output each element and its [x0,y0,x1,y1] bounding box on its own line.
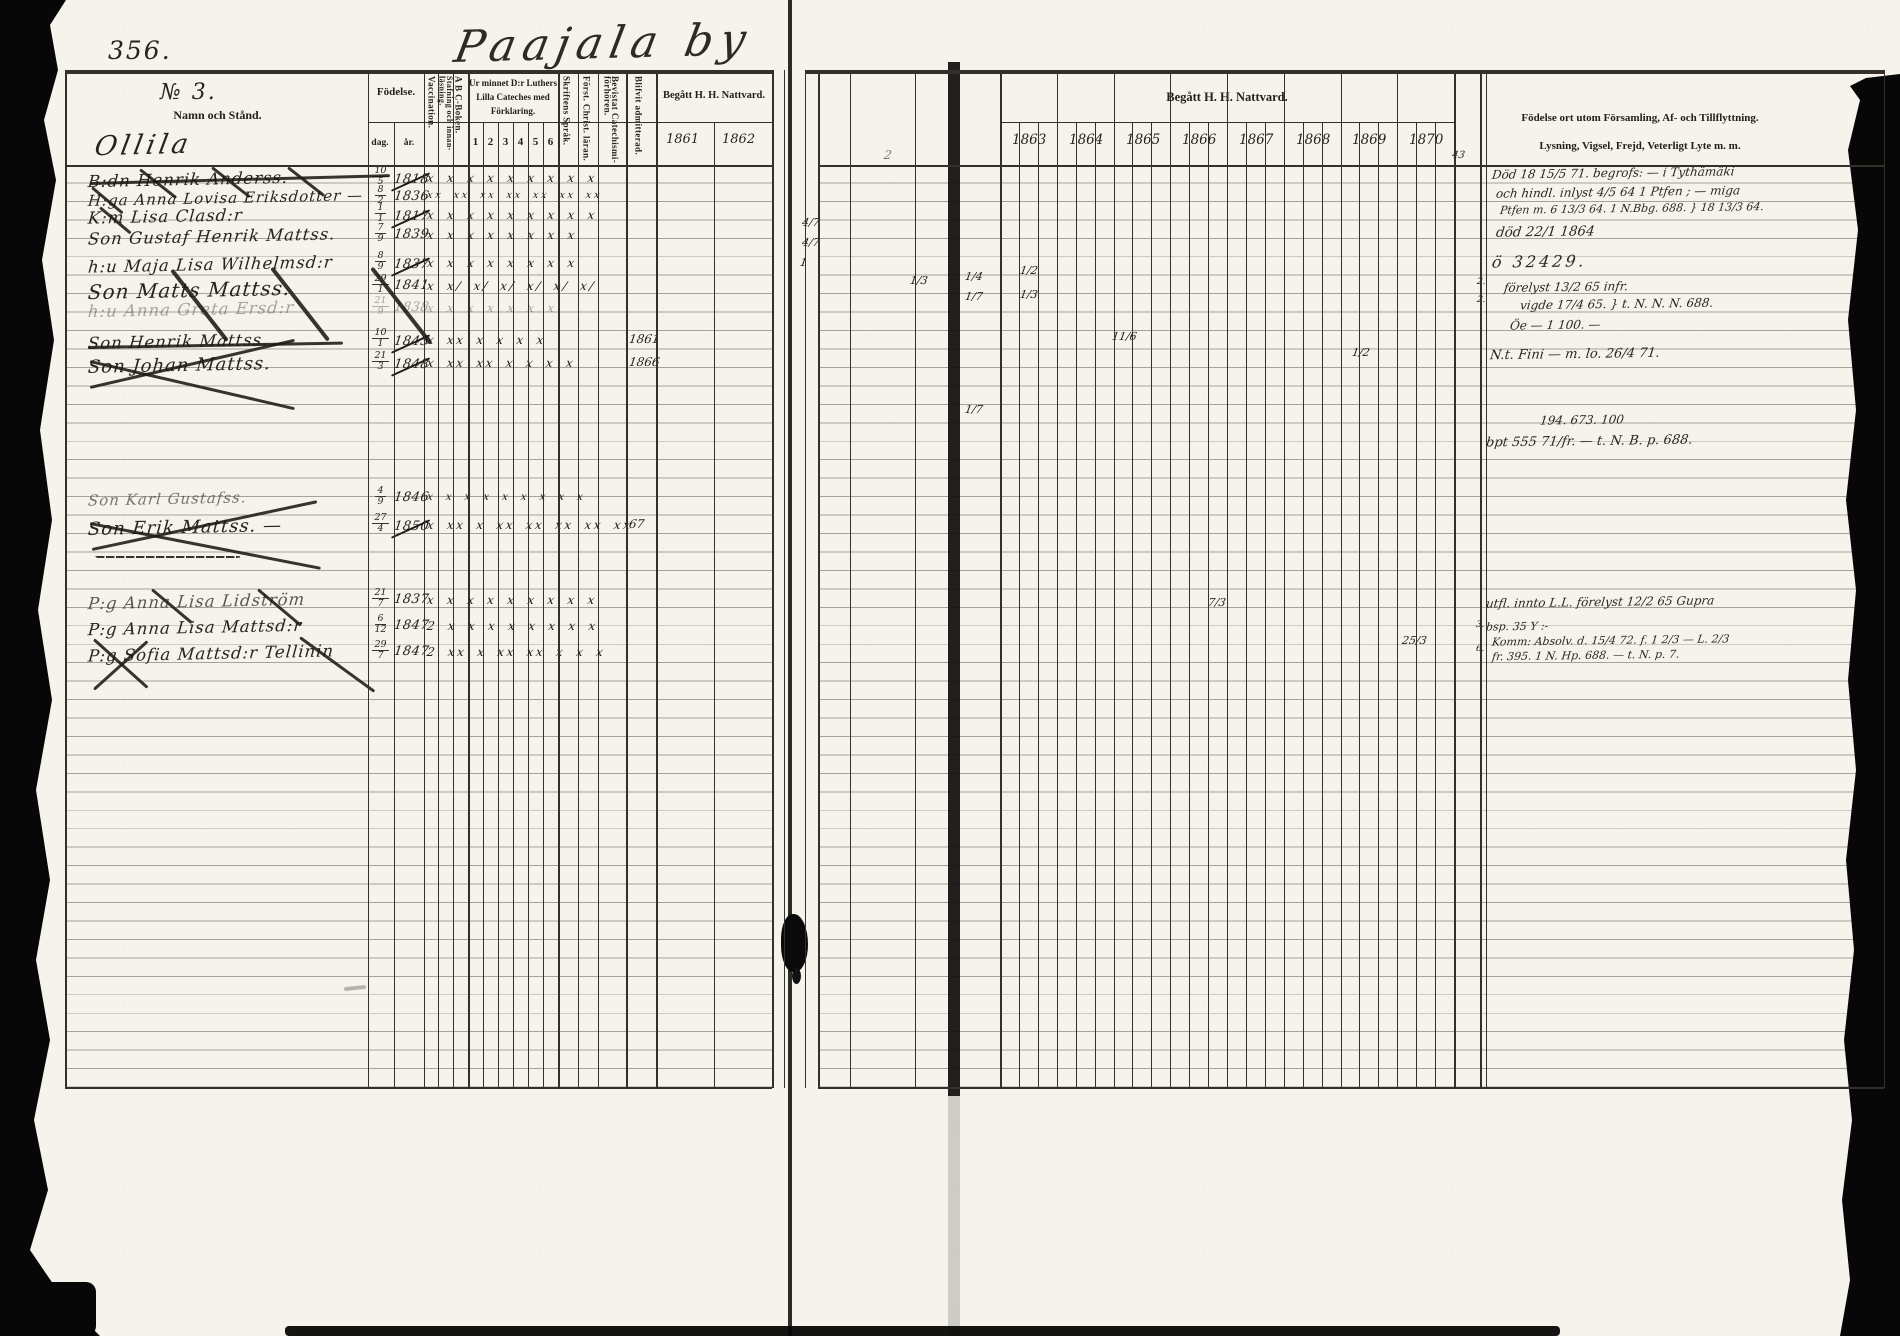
table-column-line [915,70,916,1088]
table-column-line [1454,70,1456,1088]
communion-mark: 1/7 [964,290,984,303]
folio-number: 356. [108,36,172,65]
table-border-line [65,1087,772,1089]
ink-blot [781,914,808,972]
year-1866: 1866 [1182,132,1216,148]
table-column-line [368,70,369,1088]
cat-col-2: 2 [483,136,498,148]
table-column-line [850,70,851,1088]
table-column-line [438,70,439,1088]
table-column-line [424,70,425,1088]
annotation-note: vigde 17/4 65. } t. N. N. N. 688. [1519,296,1714,313]
table-column-line [483,122,484,1088]
table-column-line [656,70,658,1088]
entry-marks: x xx x xx xx xx xx xx [426,518,634,532]
entry-name: Son Karl Gustafss. [87,488,247,509]
table-column-line [1227,70,1228,1088]
table-border-line [1000,122,1454,123]
frac-bottom: 1 [377,285,383,295]
annotation-header-line1: Födelse ort utom Församling, Af- och Til… [1490,112,1790,124]
catechism-header-line1: Ur minnet D:r Luthers [463,78,563,88]
communion-mark: 1/2 [1019,264,1039,277]
frac-bottom: 9 [377,234,383,244]
scan-edge-bottom-left [0,1282,96,1336]
table-column-line [1359,122,1360,1088]
table-column-line [558,70,560,1088]
communion-header-left: Begått H. H. Nattvard. [656,90,772,101]
table-column-line [772,70,774,1088]
communion-mark: 1/3 [909,274,929,287]
table-column-line [818,70,820,1088]
farm-name-heading: Ollila [92,129,195,163]
catechism-header-line2: Lilla Cateches med [463,92,563,102]
table-column-line [1019,122,1020,1088]
annotation-note: död 22/1 1864 [1495,223,1595,240]
table-column-line [598,70,599,1088]
frac-bottom: 1 [377,339,383,349]
spelling-reading-header: Stafning och innan-läsning. [438,76,453,164]
entry-marks: x x x x x x x x x [426,171,598,185]
entry-marks: x x x x x x x x x [426,208,598,222]
entry-birth-day: 49 [369,486,392,507]
cat-col-1: 1 [468,136,483,148]
annotation-note: N.t. Fini — m. lo. 26/4 71. [1489,346,1660,363]
strike-mark [95,556,240,558]
communion-mark: 25/3 [1401,634,1428,647]
annotation-note: Öe — 1 100. — [1509,317,1601,332]
entry-marks: x x x x x x x [426,301,558,315]
frac-bottom: 9 [377,307,383,317]
communion-mark: 1/3 [1019,288,1039,301]
annotation-header-line2: Lysning, Vigsel, Frejd, Veterligt Lyte m… [1505,140,1775,152]
scan-edge-bottom [285,1326,1560,1336]
table-column-line [1884,70,1885,1088]
table-column-line [394,122,395,1088]
table-column-line [1208,122,1209,1088]
entry-name: h:u Anna Greta Ersd:r [87,298,295,321]
table-column-line [1076,122,1077,1088]
frac-bottom: 7 [377,651,383,661]
entry-birth-day: 219 [369,296,392,317]
entry-birth-day: 612 [369,614,392,635]
table-column-line [1265,122,1266,1088]
name-column-header: Namn och Stånd. [110,108,325,123]
cat-col-4: 4 [513,136,528,148]
table-column-line [1416,122,1417,1088]
table-column-line [1435,122,1436,1088]
communion-mark: 7/3 [1207,596,1227,609]
communion-mark: 1/7 [964,403,984,416]
table-column-line [784,70,785,1088]
entry-marks: x x x x x x x x x [426,491,587,503]
annotation-note: bpt 555 71/fr. — t. N. B. p. 688. [1485,433,1693,451]
table-column-line [714,122,715,1088]
annotation-note: bsp. 35 Y :- [1485,620,1549,634]
binding-shadow-faint [948,1096,960,1336]
entry-marks: x x x x x x x x [426,256,578,270]
table-column-line [1000,70,1002,1088]
communion-mark: 1/4 [964,270,984,283]
table-column-line [1132,122,1133,1088]
binding-shadow [948,62,960,1096]
catechism-meetings-header: Bevistat Catechismi-förhören. [603,76,618,164]
table-border-line [65,165,772,167]
annotation-note: förelyst 13/2 65 infr. [1503,279,1629,295]
table-column-line [1038,122,1039,1088]
birth-year-header: år. [394,138,424,148]
frac-bottom: 9 [377,497,383,507]
communion-year-1861: 1861 [666,132,699,147]
annotation-note: 194. 673. 100 [1539,412,1624,427]
table-column-line [1284,70,1285,1088]
scripture-language-header: Skriftens Språk. [562,76,570,164]
table-column-line [1170,70,1171,1088]
entry-name: Son Henrik Mattss. [87,330,269,353]
communion-mark: 1/2 [1351,346,1371,359]
table-column-line [468,70,470,1088]
ink-blot-drip [792,968,801,984]
table-column-line [1486,70,1487,1088]
table-border-line [805,70,1884,74]
table-border-line [818,165,1884,167]
annotation-note: fr. 395. 1 N. Hp. 688. — t. N. p. 7. [1491,648,1680,664]
table-column-line [1341,70,1342,1088]
year-1863: 1863 [1012,132,1046,148]
table-column-line [1114,70,1115,1088]
entry-birth-day: 101 [369,328,392,349]
page-fold-line [788,0,792,1336]
birth-header: Födelse. [366,86,426,98]
frac-bottom: 7 [377,599,383,609]
table-column-line [1151,122,1152,1088]
table-column-line [1189,122,1190,1088]
table-column-line [65,70,67,1088]
year-1868: 1868 [1296,132,1330,148]
table-border-line [65,70,772,74]
cat-col-6: 6 [543,136,558,148]
year-1870: 1870 [1409,132,1443,148]
entry-admitted-year: 67 [628,517,645,531]
table-border-line [818,1087,1884,1089]
table-column-line [805,70,806,1088]
entry-birth-day: 79 [369,223,392,244]
year-1864: 1864 [1069,132,1103,148]
entry-birth-day: 217 [369,588,392,609]
entry-birth-day: 297 [369,640,392,661]
table-column-line [1095,122,1096,1088]
table-column-line [453,70,454,1088]
table-border-line [368,122,772,123]
entry-birth-day: 274 [369,513,392,534]
year-1869: 1869 [1352,132,1386,148]
frac-bottom: 9 [377,262,383,272]
entry-marks: x xx xx x x x x [426,356,577,370]
entry-marks: x x x x x x x x x [426,593,598,607]
year-1867: 1867 [1239,132,1273,148]
table-column-line [513,122,514,1088]
frac-bottom: 3 [377,362,383,372]
table-column-line [1303,122,1304,1088]
admitted-header: Blifvit admitterad. [634,76,642,164]
table-column-line [1057,70,1058,1088]
table-column-line [1322,122,1323,1088]
table-column-line [1397,70,1398,1088]
table-column-line [543,122,544,1088]
village-title-script: Paajala by [450,14,757,73]
entry-marks: x x x x x x x x [426,228,578,242]
abc-book-header: A B C-Boken. [454,76,462,164]
table-column-line [578,70,579,1088]
table-column-line [1480,70,1482,1088]
scanned-parish-register-page: 356. Paajala by № 3. Namn och Stånd. Föd… [0,0,1900,1336]
birth-day-header: dag. [366,138,394,148]
table-column-line [626,70,628,1088]
entry-birth-day: 213 [369,351,392,372]
cat-col-5: 5 [528,136,543,148]
frac-bottom: 4 [377,524,383,534]
annotation-note: ö 32429. [1491,251,1588,271]
entry-name: h:u Maja Lisa Wilhelmsd:r [87,252,333,276]
table-column-line [528,122,529,1088]
household-number: № 3. [160,80,217,105]
cat-col-3: 3 [498,136,513,148]
ghost-year-digit: 2 [883,148,893,162]
entry-name: P:g Anna Lisa Mattsd:r [87,616,303,640]
table-column-line [1378,122,1379,1088]
entry-birth-day: 11 [369,203,392,224]
entry-marks: x x/ x/ x/ x/ x/ x/ [426,279,597,293]
christian-doctrine-header: Först. Christ. läran. [582,76,590,164]
frac-bottom: 12 [374,625,386,635]
catechism-header-line3: Förklaring. [463,106,563,116]
table-column-line [498,122,499,1088]
communion-year-1862: 1862 [722,132,755,147]
vaccination-header: Vaccination. [427,76,435,164]
table-column-line [1246,122,1247,1088]
